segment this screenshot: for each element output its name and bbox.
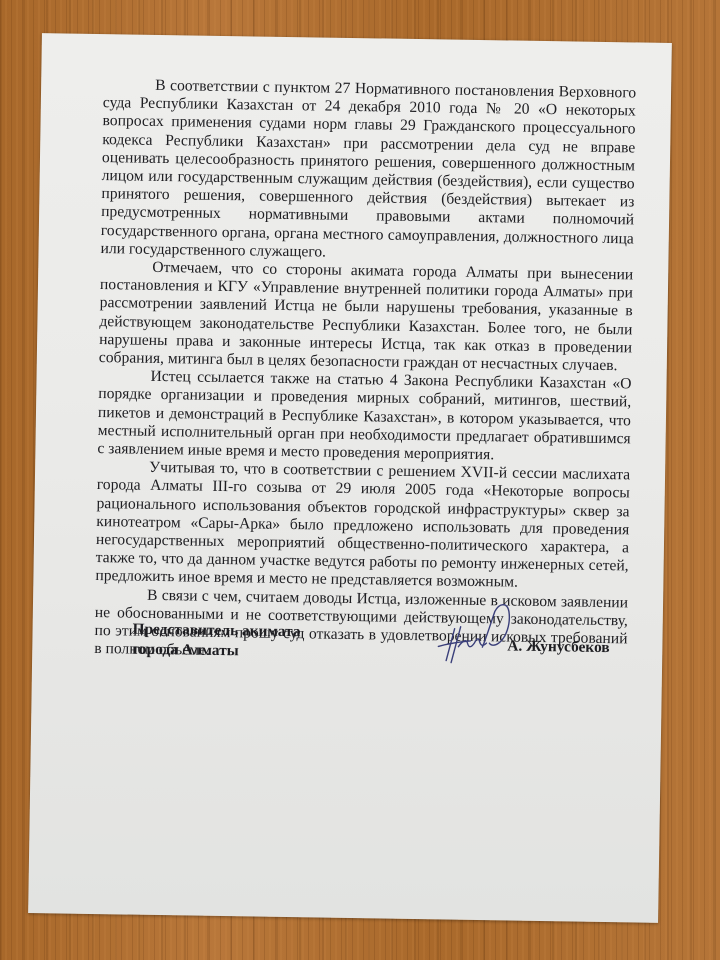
- signatory-title: Представитель акимата города Алматы: [132, 620, 301, 663]
- signatory-name: А. Жунусбеков: [507, 637, 610, 657]
- paragraph-law-reference: Истец ссылается также на статью 4 Закона…: [97, 367, 631, 466]
- signature-block: Представитель акимата города Алматы А. Ж…: [132, 620, 633, 688]
- handwritten-signature-icon: [434, 596, 515, 669]
- document-sheet: В соответствии с пунктом 27 Нормативного…: [28, 33, 672, 923]
- paragraph-legal-basis: В соответствии с пунктом 27 Нормативного…: [100, 76, 636, 266]
- paragraph-no-violations: Отмечаем, что со стороны акимата города …: [99, 258, 634, 376]
- document-body: В соответствии с пунктом 27 Нормативного…: [94, 76, 636, 667]
- signatory-title-line-1: Представитель акимата: [132, 620, 300, 643]
- signatory-title-line-2: города Алматы: [132, 640, 300, 663]
- paragraph-maslikhat-decision: Учитывая то, что в соответствии с решени…: [95, 458, 630, 594]
